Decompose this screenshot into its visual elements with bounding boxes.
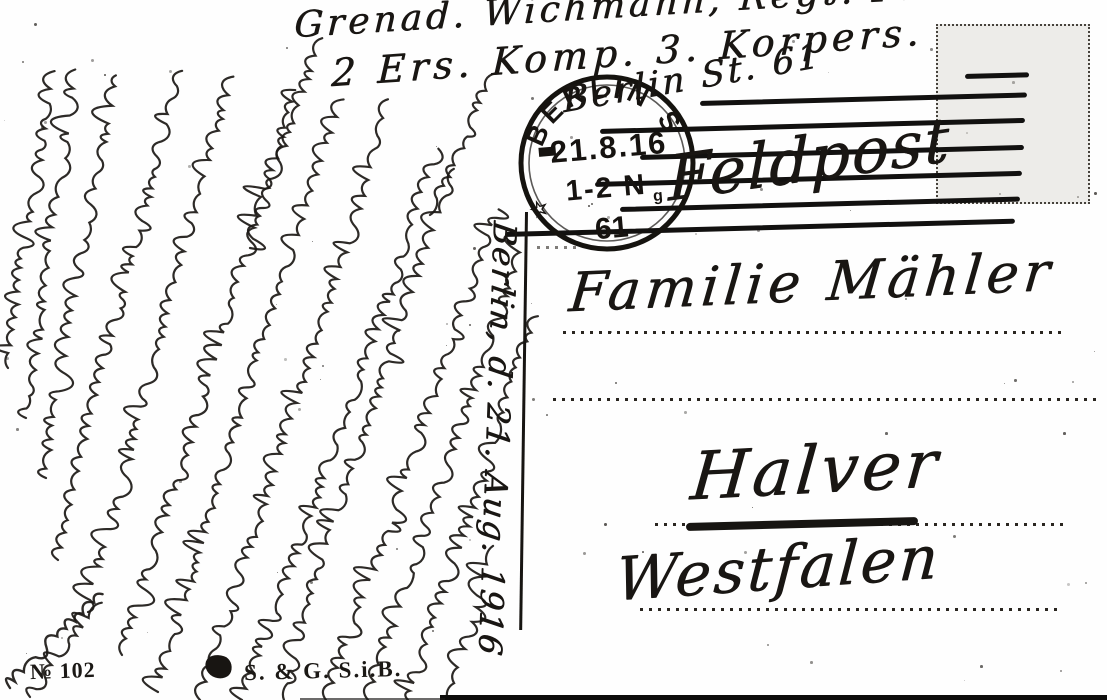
stamp-box <box>936 24 1090 204</box>
noise-dot <box>964 680 965 681</box>
noise-dot <box>1060 670 1062 672</box>
noise-dot <box>34 23 37 26</box>
noise-dot <box>188 165 191 168</box>
noise-dot <box>310 581 313 584</box>
noise-dot <box>91 59 94 62</box>
noise-dot <box>44 121 47 124</box>
divider-dotted-fragment <box>537 246 577 249</box>
noise-dot <box>322 365 324 367</box>
noise-dot <box>444 457 446 459</box>
noise-dot <box>604 523 607 526</box>
noise-dot <box>757 229 760 232</box>
noise-dot <box>104 74 106 76</box>
noise-dot <box>615 382 617 384</box>
noise-dot <box>1014 379 1017 382</box>
noise-dot <box>583 552 586 555</box>
noise-dot <box>61 637 63 639</box>
postcard-scan: BERLIN S 21.8.16 1-2 N g 61 ☆ Grenad. Wi… <box>0 0 1107 700</box>
noise-dot <box>1085 582 1087 584</box>
noise-dot <box>41 126 44 129</box>
noise-dot <box>767 644 769 646</box>
noise-dot <box>473 247 476 250</box>
noise-dot <box>6 357 9 360</box>
noise-dot <box>607 216 610 219</box>
imprint-publisher: S. & G. S.i.B. <box>244 657 403 684</box>
noise-dot <box>16 428 19 431</box>
noise-dot <box>930 48 933 51</box>
noise-dot <box>398 330 400 332</box>
noise-dot <box>276 304 277 305</box>
noise-dot <box>953 535 956 538</box>
noise-dot <box>850 210 851 211</box>
noise-dot <box>1094 351 1095 352</box>
noise-dot <box>684 411 687 414</box>
noise-dot <box>22 61 24 63</box>
noise-dot <box>436 146 437 147</box>
noise-dot <box>4 120 5 121</box>
noise-dot <box>432 630 434 632</box>
noise-dot <box>179 480 182 483</box>
noise-dot <box>546 414 548 416</box>
noise-dot <box>1063 432 1066 435</box>
noise-dot <box>396 548 398 550</box>
noise-dot <box>570 136 573 139</box>
noise-dot <box>446 345 447 346</box>
address-town: Halver <box>688 431 943 510</box>
imprint-number: № 102 <box>30 659 96 683</box>
noise-dot <box>277 572 278 573</box>
noise-dot <box>169 70 172 73</box>
noise-dot <box>1072 381 1074 383</box>
noise-dot <box>147 632 148 633</box>
noise-dot <box>588 205 590 207</box>
noise-dot <box>469 324 471 326</box>
noise-dot <box>286 47 288 49</box>
scan-edge <box>440 695 1107 700</box>
noise-dot <box>531 303 532 304</box>
address-dotted-line-1 <box>563 331 1063 334</box>
noise-dot <box>469 539 471 541</box>
noise-dot <box>446 323 448 325</box>
noise-dot <box>532 398 535 401</box>
noise-dot <box>26 653 27 654</box>
noise-dot <box>320 379 321 380</box>
noise-dot <box>1004 383 1005 384</box>
noise-dot <box>980 665 983 668</box>
noise-dot <box>828 72 829 73</box>
noise-dot <box>591 203 593 205</box>
noise-dot <box>312 241 313 242</box>
address-dotted-line-2 <box>553 398 1097 401</box>
noise-dot <box>1067 583 1070 586</box>
noise-dot <box>695 233 697 235</box>
noise-dot <box>810 661 813 664</box>
noise-dot <box>284 358 287 361</box>
noise-dot <box>531 97 534 100</box>
noise-dot <box>1094 192 1097 195</box>
noise-dot <box>298 408 301 411</box>
